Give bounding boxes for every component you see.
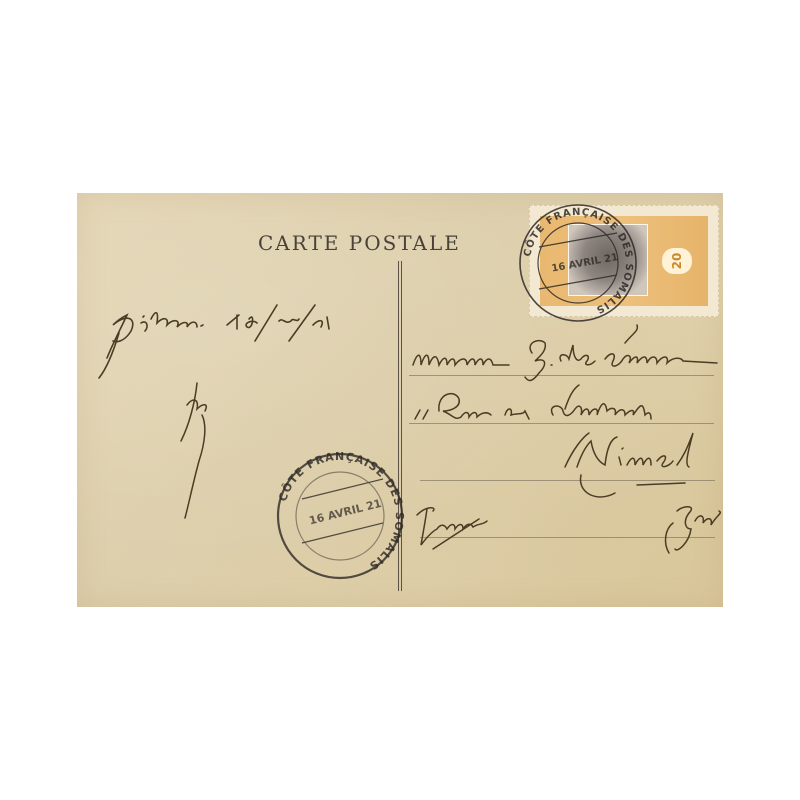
handwriting-layer: CÔTE FRANÇAISE DES SOMALIS 16 AVRIL 21 C… [77,193,723,607]
postcard: CARTE POSTALE 20 [77,193,723,607]
signature [181,383,206,518]
message-place-date [99,305,329,378]
postmark-stamp-date: 16 AVRIL 21 [551,252,619,275]
postmark-card-date: 16 AVRIL 21 [308,497,383,528]
address-handwriting [413,325,720,553]
